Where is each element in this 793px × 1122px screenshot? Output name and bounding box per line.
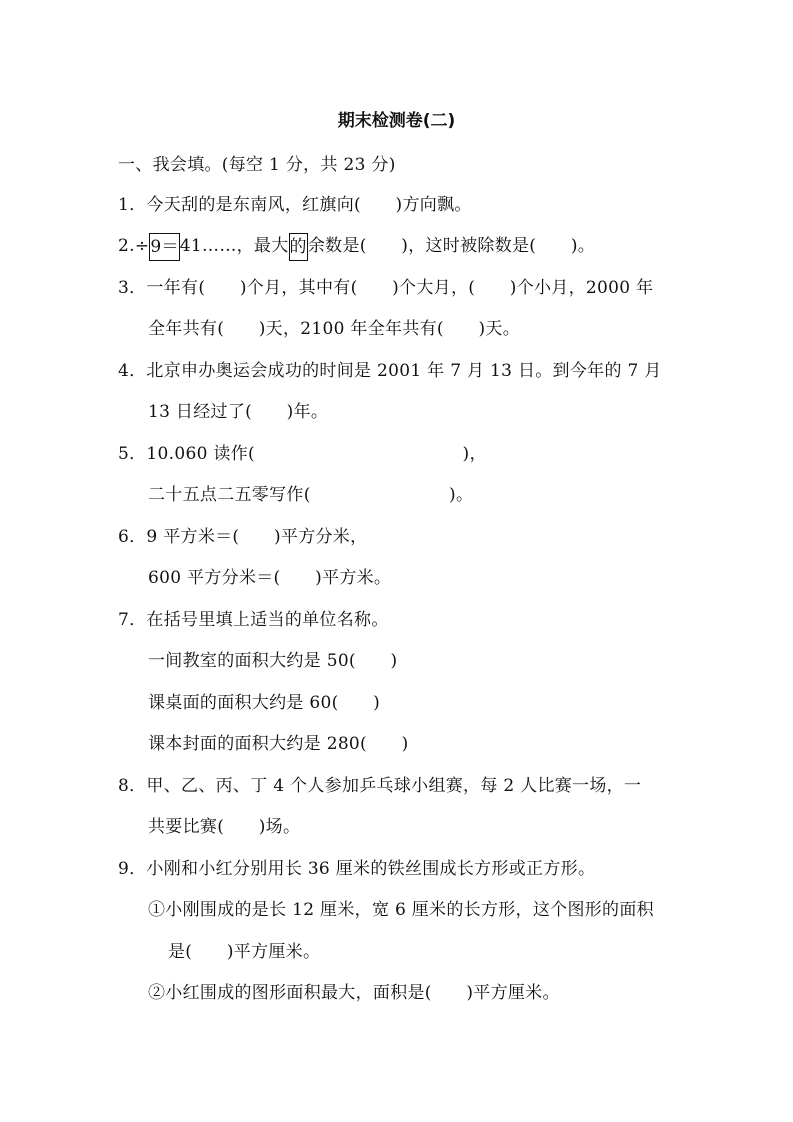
- q2-divide: ÷: [135, 236, 150, 256]
- q2-number: 2.: [118, 236, 135, 256]
- question-4b: 13 日经过了( )年。: [148, 397, 328, 422]
- question-5a: 5．10.060 读作( )，: [118, 439, 487, 464]
- section-heading: 一、我会填。(每空 1 分，共 23 分): [118, 150, 396, 175]
- q2-text-2: 余数是( )，这时被除数是( )。: [308, 236, 595, 256]
- question-9-1a: ①小刚围成的是长 12 厘米，宽 6 厘米的长方形，这个图形的面积: [148, 895, 654, 920]
- question-2: 2.÷9＝41……，最大的余数是( )，这时被除数是( )。: [118, 231, 595, 261]
- page-title: 期末检测卷(二): [0, 106, 793, 131]
- question-9: 9．小刚和小红分别用长 36 厘米的铁丝围成长方形或正方形。: [118, 854, 595, 879]
- question-4a: 4．北京申办奥运会成功的时间是 2001 年 7 月 13 日。到今年的 7 月: [118, 356, 662, 381]
- question-9-1b: 是( )平方厘米。: [168, 937, 320, 962]
- q2-box-1: 9＝: [149, 233, 179, 261]
- q2-box-2: 的: [289, 233, 308, 261]
- question-6b: 600 平方分米＝( )平方米。: [148, 563, 391, 588]
- question-7c: 课本封面的面积大约是 280( ): [148, 729, 409, 754]
- question-3a: 3．一年有( )个月，其中有( )个大月，( )个小月，2000 年: [118, 273, 653, 298]
- question-8a: 8．甲、乙、丙、丁 4 个人参加乒乓球小组赛，每 2 人比赛一场，一: [118, 771, 641, 796]
- question-1: 1．今天刮的是东南风，红旗向( )方向飘。: [118, 190, 472, 215]
- q2-text-1: 41……，最大: [180, 236, 289, 256]
- question-8b: 共要比赛( )场。: [148, 812, 300, 837]
- question-9-2: ②小红围成的图形面积最大，面积是( )平方厘米。: [148, 978, 560, 1003]
- question-7b: 课桌面的面积大约是 60( ): [148, 688, 380, 713]
- question-3b: 全年共有( )天，2100 年全年共有( )天。: [148, 314, 520, 339]
- question-6a: 6．9 平方米＝( )平方分米，: [118, 522, 367, 547]
- question-7: 7．在括号里填上适当的单位名称。: [118, 605, 389, 630]
- question-7a: 一间教室的面积大约是 50( ): [148, 646, 397, 671]
- question-5b: 二十五点二五零写作( )。: [148, 480, 473, 505]
